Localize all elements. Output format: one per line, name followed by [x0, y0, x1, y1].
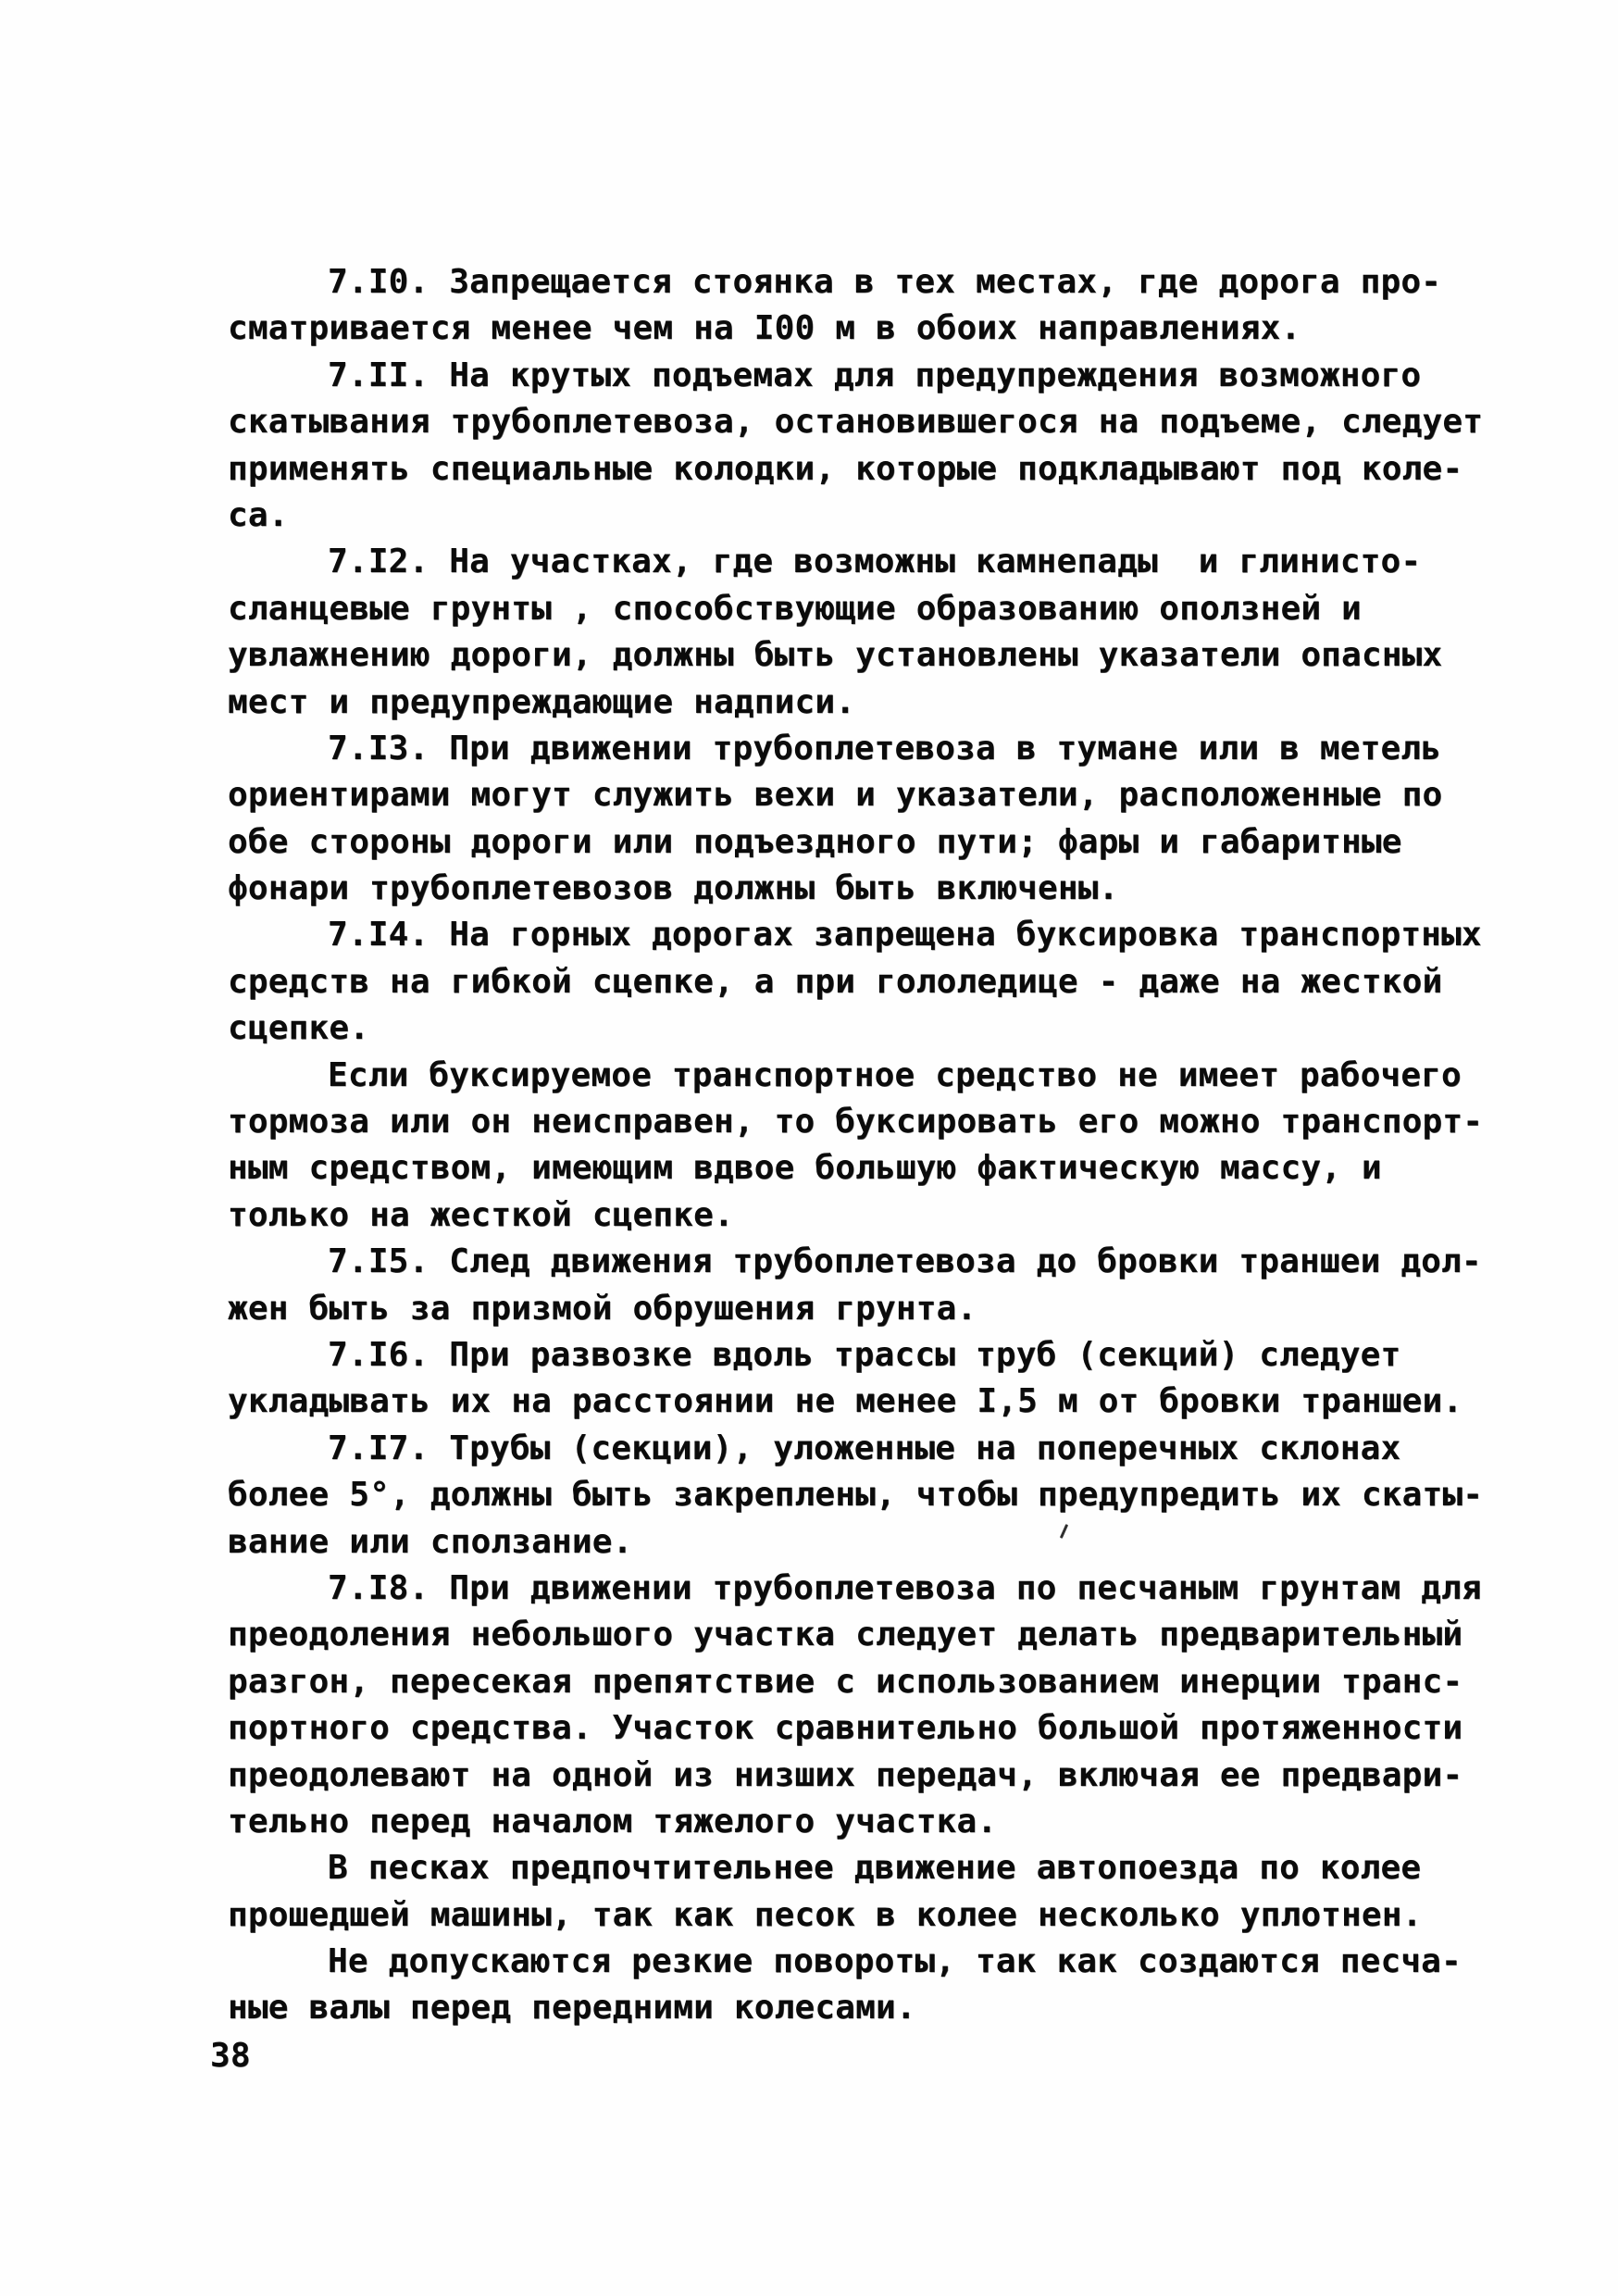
text-line: 7.I7. Трубы (секции), уложенные на попер…: [228, 1426, 1505, 1472]
text-line: са.: [228, 493, 1505, 539]
text-line: В песках предпочтительнее движение автоп…: [228, 1845, 1505, 1891]
text-line: Не допускаются резкие повороты, так как …: [228, 1939, 1505, 1985]
text-line: скатывания трубоплетевоза, остановившего…: [228, 399, 1505, 445]
text-line: тормоза или он неисправен, то буксироват…: [228, 1099, 1505, 1145]
text-line: 7.I5. След движения трубоплетевоза до бр…: [228, 1239, 1505, 1285]
document-page: 7.I0. Запрещается стоянка в тех местах, …: [0, 0, 1618, 2296]
text-line: мест и предупреждающие надписи.: [228, 680, 1505, 726]
text-line: Если буксируемое транспортное средство н…: [228, 1053, 1505, 1099]
text-line: 7.I6. При развозке вдоль трассы труб (се…: [228, 1332, 1505, 1379]
text-line: 7.I0. Запрещается стоянка в тех местах, …: [228, 259, 1505, 306]
text-line: вание или сползание.: [228, 1519, 1505, 1566]
text-line: 7.I8. При движении трубоплетевоза по пес…: [228, 1566, 1505, 1612]
text-line: 7.II. На крутых подъемах для предупрежде…: [228, 353, 1505, 399]
text-line: прошедшей машины, так как песок в колее …: [228, 1892, 1505, 1939]
text-line: ным средством, имеющим вдвое большую фак…: [228, 1145, 1505, 1192]
text-line: укладывать их на расстоянии не менее I,5…: [228, 1379, 1505, 1425]
text-line: 7.I4. На горных дорогах запрещена буксир…: [228, 912, 1505, 958]
text-line: сцепке.: [228, 1005, 1505, 1052]
text-line: только на жесткой сцепке.: [228, 1192, 1505, 1239]
text-line: преодолевают на одной из низших передач,…: [228, 1753, 1505, 1799]
text-line: средств на гибкой сцепке, а при гололеди…: [228, 959, 1505, 1005]
text-line: обе стороны дороги или подъездного пути;…: [228, 819, 1505, 866]
text-line: преодоления небольшого участка следует д…: [228, 1612, 1505, 1658]
text-line: разгон, пересекая препятствие с использо…: [228, 1659, 1505, 1705]
text-line: 7.I2. На участках, где возможны камнепад…: [228, 539, 1505, 585]
text-line: ные валы перед передними колесами.: [228, 1985, 1505, 2031]
text-line: портного средства. Участок сравнительно …: [228, 1705, 1505, 1752]
text-line: увлажнению дороги, должны быть установле…: [228, 632, 1505, 679]
text-line: фонари трубоплетевозов должны быть включ…: [228, 866, 1505, 912]
text-line: 7.I3. При движении трубоплетевоза в тума…: [228, 726, 1505, 772]
text-line: применять специальные колодки, которые п…: [228, 446, 1505, 493]
text-line: жен быть за призмой обрушения грунта.: [228, 1286, 1505, 1332]
text-line: сланцевые грунты , способствующие образо…: [228, 586, 1505, 632]
page-number: 38: [210, 2033, 251, 2079]
text-line: ориентирами могут служить вехи и указате…: [228, 772, 1505, 818]
text-line: тельно перед началом тяжелого участка.: [228, 1799, 1505, 1845]
text-line: сматривается менее чем на I00 м в обоих …: [228, 306, 1505, 352]
text-line: более 5°, должны быть закреплены, чтобы …: [228, 1472, 1505, 1518]
text-block: 7.I0. Запрещается стоянка в тех местах, …: [228, 259, 1505, 2032]
